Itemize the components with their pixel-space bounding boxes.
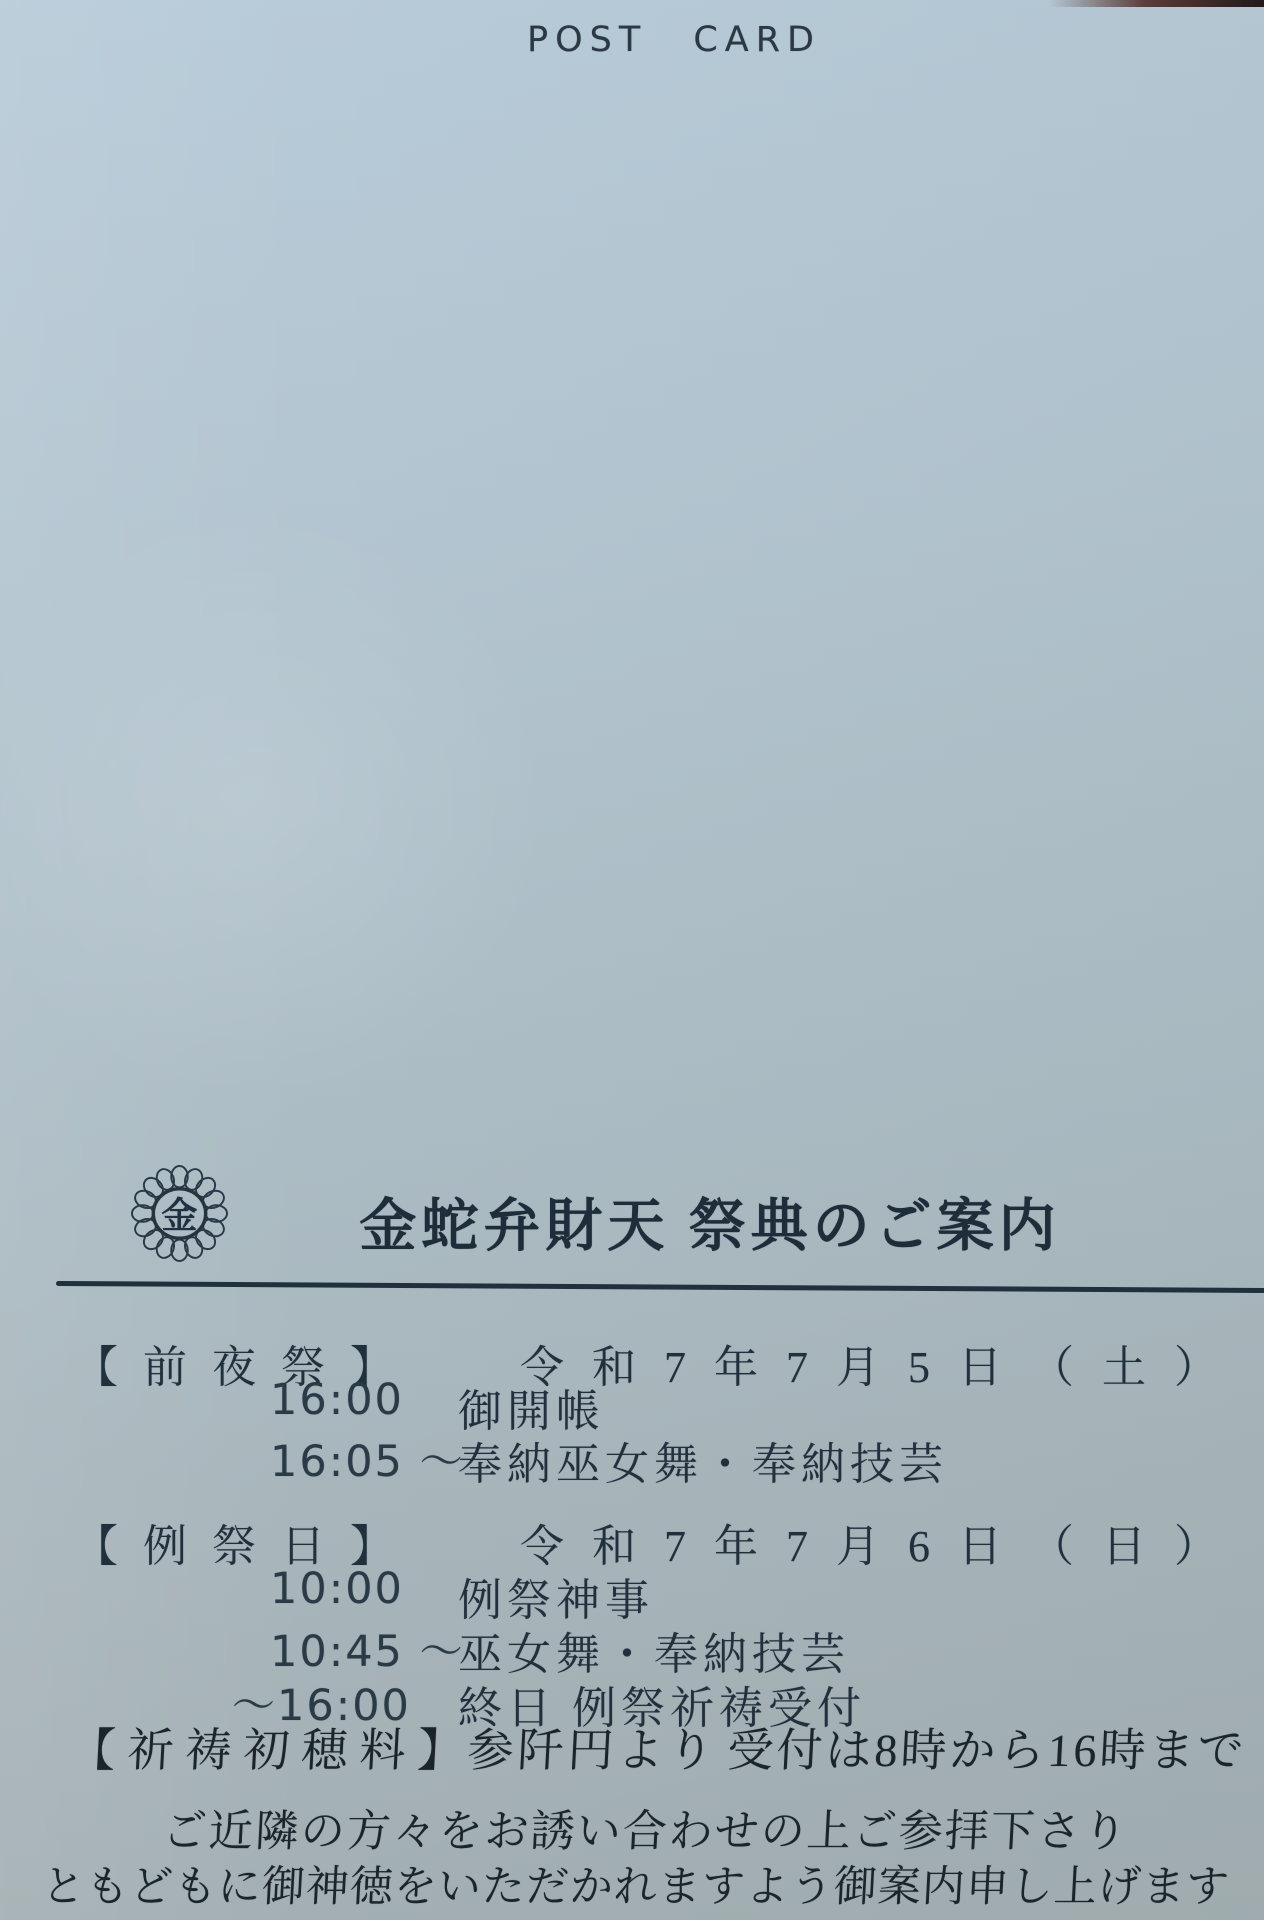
fee-amount: 参阡円より xyxy=(466,1714,719,1780)
title-divider xyxy=(56,1281,1264,1293)
closing-line: ご近隣の方々をお誘い合わせの上ご参拝下さり xyxy=(12,1795,1264,1859)
event-time: 16:00 xyxy=(270,1375,404,1425)
main-festival-header: 【例祭日】 令和7年7月6日（日） xyxy=(0,1510,1264,1568)
fee-hours: 受付は8時から16時まで xyxy=(726,1714,1248,1780)
event-time: 16:05 ～ xyxy=(270,1428,465,1489)
event-name: 奉納巫女舞・奉納技芸 xyxy=(458,1428,948,1492)
eve-event-row: 16:00 御開帳 xyxy=(0,1375,1264,1433)
event-time: 10:00 xyxy=(270,1564,404,1614)
page-title: 金蛇弁財天 祭典のご案内 xyxy=(78,1180,1264,1262)
eve-event-row: 16:05 ～ 奉納巫女舞・奉納技芸 xyxy=(0,1428,1264,1486)
main-event-row: 10:45 ～ 巫女舞・奉納技芸 xyxy=(0,1618,1264,1676)
photo-edge-strip xyxy=(1049,0,1264,7)
main-event-row: 10:00 例祭神事 xyxy=(0,1564,1264,1622)
fee-label: 【祈祷初穂料】 xyxy=(68,1714,477,1780)
fee-row: 【祈祷初穂料】 参阡円より 受付は8時から16時まで xyxy=(0,1714,1264,1772)
closing-line: ともどもに御神徳をいただかれますよう御案内申し上げます xyxy=(2,1853,1264,1914)
postcard-header-label: POST CARD xyxy=(42,20,1264,60)
event-time: 10:45 ～ xyxy=(270,1618,465,1679)
postcard: POST CARD 金 金蛇弁財天 祭典のご案内 【前夜祭】 令和7年7月5日（ xyxy=(0,0,1264,1920)
